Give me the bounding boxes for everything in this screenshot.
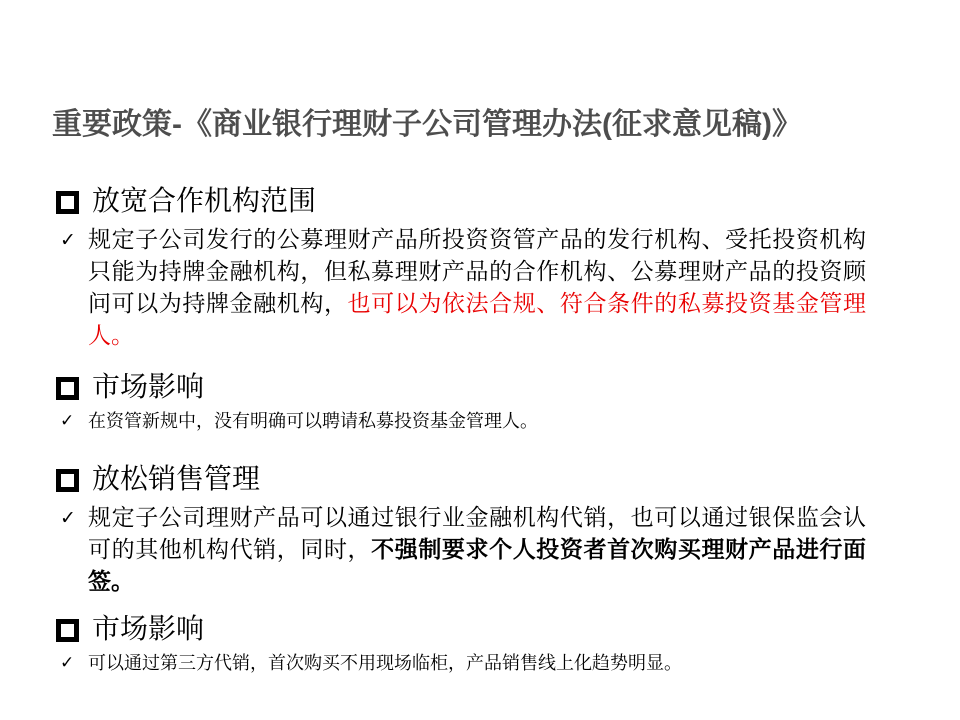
- square-bullet-icon: [56, 469, 79, 492]
- bullet-text: 在资管新规中，没有明确可以聘请私募投资基金管理人。: [88, 408, 538, 434]
- section-heading-row: 市场影响: [56, 612, 908, 648]
- checkmark-icon: ✓: [60, 224, 88, 256]
- checkmark-icon: ✓: [60, 408, 88, 434]
- checkmark-icon: ✓: [60, 650, 88, 676]
- square-bullet-icon: [56, 619, 79, 642]
- section: 市场影响✓在资管新规中，没有明确可以聘请私募投资基金管理人。: [52, 370, 908, 434]
- section-heading: 市场影响: [92, 612, 204, 648]
- bullet-item: ✓规定子公司理财产品可以通过银行业金融机构代销，也可以通过银保监会认可的其他机构…: [60, 502, 908, 598]
- section-heading: 放松销售管理: [92, 462, 260, 498]
- bullet-text: 可以通过第三方代销，首次购买不用现场临柜，产品销售线上化趋势明显。: [88, 650, 682, 676]
- slide-title: 重要政策-《商业银行理财子公司管理办法(征求意见稿)》: [52, 104, 908, 146]
- bullet-text-part: 在资管新规中，没有明确可以聘请私募投资基金管理人。: [88, 411, 538, 431]
- section-heading-row: 市场影响: [56, 370, 908, 406]
- section: 放宽合作机构范围✓规定子公司发行的公募理财产品所投资资管产品的发行机构、受托投资…: [52, 184, 908, 352]
- bullet-item: ✓规定子公司发行的公募理财产品所投资资管产品的发行机构、受托投资机构只能为持牌金…: [60, 224, 908, 352]
- slide: 重要政策-《商业银行理财子公司管理办法(征求意见稿)》 放宽合作机构范围✓规定子…: [0, 0, 960, 720]
- bullet-text: 规定子公司理财产品可以通过银行业金融机构代销，也可以通过银保监会认可的其他机构代…: [88, 502, 866, 598]
- section-heading-row: 放松销售管理: [56, 462, 908, 498]
- section-heading-row: 放宽合作机构范围: [56, 184, 908, 220]
- bullet-item: ✓在资管新规中，没有明确可以聘请私募投资基金管理人。: [60, 408, 908, 434]
- section-heading: 市场影响: [92, 370, 204, 406]
- sections-container: 放宽合作机构范围✓规定子公司发行的公募理财产品所投资资管产品的发行机构、受托投资…: [52, 184, 908, 676]
- section: 放松销售管理✓规定子公司理财产品可以通过银行业金融机构代销，也可以通过银保监会认…: [52, 462, 908, 598]
- checkmark-icon: ✓: [60, 502, 88, 534]
- bullet-text-part: 可以通过第三方代销，首次购买不用现场临柜，产品销售线上化趋势明显。: [88, 653, 682, 673]
- square-bullet-icon: [56, 191, 79, 214]
- square-bullet-icon: [56, 377, 79, 400]
- section: 市场影响✓可以通过第三方代销，首次购买不用现场临柜，产品销售线上化趋势明显。: [52, 612, 908, 676]
- bullet-text: 规定子公司发行的公募理财产品所投资资管产品的发行机构、受托投资机构只能为持牌金融…: [88, 224, 866, 352]
- section-heading: 放宽合作机构范围: [92, 184, 316, 220]
- bullet-item: ✓可以通过第三方代销，首次购买不用现场临柜，产品销售线上化趋势明显。: [60, 650, 908, 676]
